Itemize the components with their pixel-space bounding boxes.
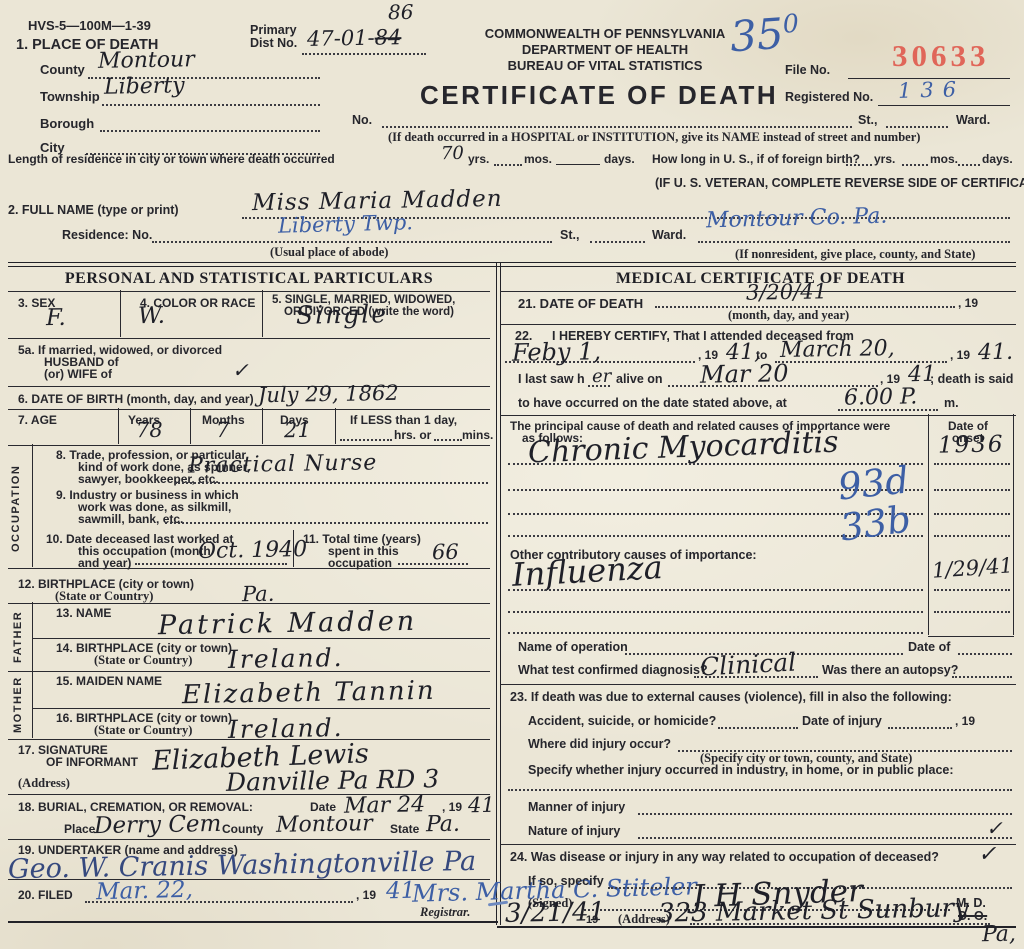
autopsy-label: Was there an autopsy? — [822, 663, 958, 677]
row11-rule — [8, 567, 490, 569]
township-label: Township — [40, 89, 100, 104]
onset-line-2 — [934, 488, 1010, 491]
row7-rule — [8, 444, 490, 446]
sex-value: F. — [46, 305, 66, 331]
left-column-title: PERSONAL AND STATISTICAL PARTICULARS — [8, 270, 490, 288]
mos-lead — [494, 163, 522, 166]
ward-line — [886, 125, 948, 128]
manner-line — [638, 812, 1012, 815]
row23-rule — [500, 843, 1016, 845]
file-number-stamp: 30633 — [892, 38, 990, 74]
mother-name-value: Elizabeth Tannin — [182, 676, 436, 710]
agency-line-3: BUREAU OF VITAL STATISTICS — [440, 58, 770, 73]
filed-date-value: Mar. 22, — [96, 877, 194, 906]
township-line — [102, 103, 320, 106]
primary-corrected-value: 86 — [388, 0, 414, 24]
contrib-onset-line-1 — [934, 588, 1010, 591]
lastworked-line — [135, 562, 287, 565]
death-said-label: ; death is said — [930, 372, 1013, 386]
file-no-label: File No. — [785, 63, 830, 77]
street-no-label: No. — [352, 113, 372, 127]
injury-19-label: , 19 — [955, 714, 975, 728]
hrs-label: hrs. or — [394, 428, 431, 442]
dob-label: 6. DATE OF BIRTH (month, day, and year) — [18, 392, 254, 406]
residence-ward-label: Ward. — [652, 228, 686, 242]
father-side-rule — [32, 602, 34, 670]
address-line — [690, 922, 990, 925]
nature-line — [638, 836, 1012, 839]
certify-from-line — [505, 360, 695, 363]
row16-rule — [8, 738, 490, 740]
occurred-label: to have occurred on the date stated abov… — [518, 396, 787, 410]
veteran-note: (IF U. S. VETERAN, COMPLETE REVERSE SIDE… — [655, 176, 1024, 190]
date-of-death-value: 3/20/41 — [746, 279, 827, 304]
ifso-label: If so, specify — [528, 874, 604, 888]
days-label: days. — [604, 152, 635, 166]
burial-year-value: 41 — [468, 793, 495, 817]
primary-dist-value: 47-01-84 — [307, 25, 402, 51]
age-div-4 — [335, 408, 337, 444]
yrs-label: yrs. — [468, 152, 489, 166]
race-value: W. — [138, 303, 165, 329]
operation-date-line — [958, 652, 1012, 655]
residence-value: Liberty Twp. — [278, 210, 413, 238]
residence-ward-line — [698, 240, 1010, 243]
county-label: County — [40, 62, 85, 77]
industry-line — [165, 521, 488, 524]
mother-birthplace-label-2: (State or Country) — [94, 723, 192, 738]
certify-yrb: 41. — [978, 340, 1013, 366]
registrar-label: Registrar. — [420, 905, 470, 920]
lastworked-value: Oct. 1940 — [198, 537, 308, 564]
onset-line-3 — [934, 512, 1010, 515]
row5-rule — [8, 337, 490, 339]
us-mos-label: mos. — [930, 152, 958, 166]
burial-county-value: Montour — [276, 811, 373, 838]
age-less-label: If LESS than 1 day, — [350, 413, 457, 427]
death-time-line — [838, 408, 938, 411]
row14-rule — [8, 670, 490, 672]
age-div-1 — [118, 408, 120, 444]
burial-county-label: County — [222, 822, 263, 836]
residence-no-label: Residence: No. — [62, 228, 152, 242]
us-days-lead — [958, 163, 980, 166]
totaltime-value: 66 — [432, 540, 459, 564]
occupation-related-label: 24. Was disease or injury in any way rel… — [510, 850, 939, 864]
trade-line — [175, 481, 488, 484]
mother-side-rule — [32, 670, 34, 738]
contrib-line-1 — [508, 588, 923, 591]
form-code: HVS-5—100M—1-39 — [28, 18, 151, 33]
filed-label: 20. FILED — [18, 888, 73, 902]
column-divider — [496, 262, 501, 925]
contrib-line-3 — [508, 631, 923, 634]
street-line — [382, 125, 852, 128]
father-name-label: 13. NAME — [56, 606, 111, 620]
dob-value: July 29, 1862 — [258, 381, 399, 407]
father-name-value: Patrick Madden — [158, 606, 418, 642]
blue-code-2: 33b — [837, 497, 913, 549]
test-line — [694, 675, 818, 678]
death-certificate-scan: HVS-5—100M—1-39 1. PLACE OF DEATH County… — [0, 0, 1024, 949]
date-of-death-19: , 19 — [958, 296, 978, 310]
residence-ward-value: Montour Co. Pa. — [706, 204, 888, 234]
h5a-label-3: (or) WIFE of — [44, 367, 112, 381]
mins-label: mins. — [462, 428, 493, 442]
injury-date-line — [888, 726, 952, 729]
primary-label-2: Dist No. — [250, 36, 297, 50]
informant-label-2: OF INFORMANT — [46, 755, 138, 769]
external-label: 23. If death was due to external causes … — [510, 690, 952, 704]
accident-line — [718, 726, 798, 729]
last-saw-label-1: I last saw h — [518, 372, 585, 386]
accident-label: Accident, suicide, or homicide? — [528, 714, 716, 728]
injury-date-label: Date of injury — [802, 714, 882, 728]
registered-no-label: Registered No. — [785, 90, 873, 104]
residence-length-value: 70 — [441, 143, 464, 164]
us-yrs-label: yrs. — [874, 152, 895, 166]
trade-value: Practical Nurse — [188, 450, 378, 478]
father-birthplace-label-2: (State or Country) — [94, 653, 192, 668]
days-lead — [556, 163, 600, 165]
abode-note: (Usual place of abode) — [270, 245, 388, 260]
death-time-value: 6.00 P. — [844, 384, 918, 410]
ward-label: Ward. — [956, 113, 990, 127]
contrib-onset-line-2 — [934, 610, 1010, 613]
nature-pen-mark: ✓ — [986, 816, 1003, 840]
h5a-checkmark: ✓ — [232, 358, 249, 382]
hospital-note: (If death occurred in a HOSPITAL or INST… — [388, 130, 920, 145]
certify-to-value: March 20, — [780, 336, 895, 363]
burial-state-label: State — [390, 822, 419, 836]
row15-rule — [32, 707, 490, 709]
specify-injury-line — [508, 788, 1012, 791]
age-div-2 — [190, 408, 192, 444]
nature-label: Nature of injury — [528, 824, 620, 838]
st-label: St., — [858, 113, 877, 127]
borough-line — [100, 129, 320, 132]
row6-rule — [8, 408, 490, 410]
row21-rule — [500, 323, 1016, 325]
age-div-3 — [262, 408, 264, 444]
age-label: 7. AGE — [18, 413, 57, 427]
date-of-death-label: 21. DATE OF DEATH — [518, 296, 643, 311]
occupation-side-label: OCCUPATION — [10, 452, 22, 564]
certify-19b: , 19 — [950, 348, 970, 362]
occupation-side-rule — [32, 444, 34, 567]
left-title-rule — [8, 290, 490, 292]
row18-rule — [8, 838, 490, 840]
burial-state-value: Pa. — [426, 812, 460, 838]
onset-box-left — [928, 414, 930, 635]
onset-box-bottom — [928, 635, 1014, 637]
hrs-lead — [340, 438, 392, 441]
us-yrs-lead — [846, 163, 872, 166]
burial-place-label: Place — [64, 822, 95, 836]
primary-label-1: Primary — [250, 23, 297, 37]
agency-line-1: COMMONWEALTH OF PENNSYLVANIA — [440, 26, 770, 41]
onset-line-1 — [934, 462, 1010, 465]
filed-19-label: , 19 — [356, 888, 376, 902]
physician-address-state: Pa, — [982, 922, 1016, 948]
mother-name-label: 15. MAIDEN NAME — [56, 674, 162, 688]
contributory-onset-value: 1/29/41 — [931, 553, 1013, 583]
marital-value: Single — [296, 299, 389, 330]
us-days-label: days. — [982, 152, 1013, 166]
county-value: Montour — [98, 47, 195, 74]
row12-rule — [8, 602, 490, 604]
age-months-value: 7 — [216, 418, 230, 442]
mother-side-label: MOTHER — [12, 674, 24, 736]
blue-number-note: 350 — [728, 8, 801, 62]
test-rule — [500, 683, 1016, 685]
totaltime-line — [398, 562, 468, 565]
nonresident-note: (If nonresident, give place, county, and… — [735, 247, 975, 262]
left-bottom-border — [8, 920, 498, 923]
autopsy-line — [952, 675, 1012, 678]
sex-race-divider — [120, 290, 122, 337]
us-length-label: How long in U. S., if of foreign birth? — [652, 152, 860, 166]
borough-label: Borough — [40, 116, 94, 131]
onset-line-4 — [934, 534, 1010, 537]
registered-no-value: 136 — [898, 77, 966, 103]
row22-rule — [500, 414, 1016, 416]
certificate-title: CERTIFICATE OF DEATH — [420, 80, 770, 111]
age-days-value: 21 — [284, 418, 311, 442]
top-section-divider — [8, 262, 1016, 267]
test-label: What test confirmed diagnosis? — [518, 663, 708, 677]
principal-onset-value: 1936 — [938, 431, 1005, 458]
contrib-line-2 — [508, 610, 923, 613]
mins-lead — [434, 438, 462, 441]
primary-line — [302, 52, 426, 55]
father-side-label: FATHER — [12, 606, 24, 668]
manner-label: Manner of injury — [528, 800, 625, 814]
residence-st-label: St., — [560, 228, 579, 242]
onset-box-right — [1013, 414, 1015, 635]
informant-address-label: (Address) — [18, 776, 70, 791]
full-name-label: 2. FULL NAME (type or print) — [8, 203, 179, 217]
occupation-related-mark: ✓ — [978, 842, 997, 867]
age-years-value: 78 — [136, 418, 163, 442]
primary-struck-value: 84 — [374, 25, 401, 49]
operation-label: Name of operation — [518, 640, 628, 654]
signed-19-label: 19 — [586, 914, 598, 926]
residence-length-label: Length of residence in city or town wher… — [8, 152, 335, 166]
last-saw-label-2: alive on — [616, 372, 663, 386]
where-injury-label: Where did injury occur? — [528, 737, 671, 751]
registered-no-line — [878, 104, 1010, 106]
date-of-death-sub: (month, day, and year) — [728, 308, 849, 323]
mos-label: mos. — [524, 152, 552, 166]
residence-line — [152, 240, 552, 243]
agency-line-2: DEPARTMENT OF HEALTH — [440, 42, 770, 57]
race-marital-divider — [262, 290, 264, 337]
last-saw-her-line — [588, 384, 610, 387]
residence-st-line — [590, 240, 645, 243]
specify-injury-label: Specify whether injury occurred in indus… — [528, 763, 954, 777]
row10-11-divider — [293, 530, 295, 567]
burial-place-value: Derry Cem — [94, 811, 222, 839]
us-mos-lead — [902, 163, 928, 166]
row5a-rule — [8, 385, 490, 387]
township-value: Liberty — [104, 73, 185, 99]
row13-rule — [32, 637, 490, 639]
time-m-label: m. — [944, 396, 959, 410]
operation-date-label: Date of — [908, 640, 950, 654]
